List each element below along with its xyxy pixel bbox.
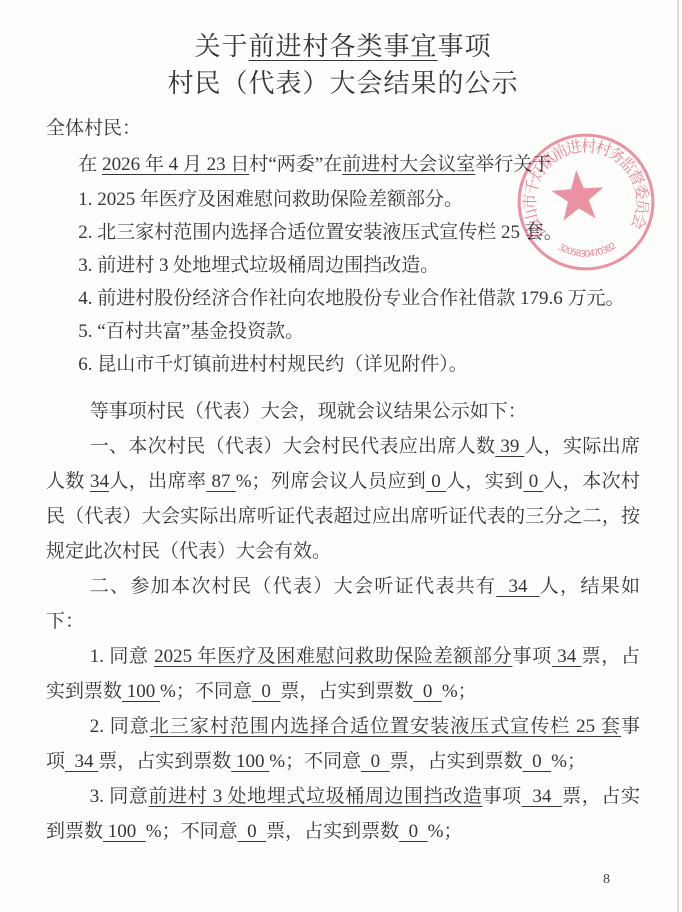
doc-title-line1: 关于前进村各类事宜事项 — [46, 28, 640, 65]
text-segment: 全体村民： — [46, 118, 141, 139]
text-segment: 票，占实到票数 — [98, 751, 231, 772]
text-segment: %； — [442, 681, 477, 702]
scanned-notice-page: 关于前进村各类事宜事项 村民（代表）大会结果的公示 全体村民： 在 2026 年… — [0, 0, 682, 912]
text-segment: 事项 — [438, 32, 492, 61]
filled-blank: 34 — [90, 471, 109, 492]
salutation: 全体村民： — [46, 111, 640, 147]
attendance-paragraph: 一、本次村民（代表）大会村民代表应出席人数 39 人，实际出席人数 34人，出席… — [46, 429, 640, 569]
filled-blank: 0 — [399, 821, 428, 842]
text-segment: 事项 — [482, 786, 521, 807]
text-segment: 2. 北三家村范围内选择合适位置安装液压式宣传栏 25 套。 — [78, 222, 563, 243]
agenda-item-2: 2. 北三家村范围内选择合适位置安装液压式宣传栏 25 套。 — [46, 216, 640, 249]
filled-blank: 100 — [122, 681, 160, 702]
text-segment: 人，实到 — [446, 471, 524, 492]
filled-blank: 0 — [252, 681, 281, 702]
text-segment: %；不同意 — [269, 751, 361, 772]
filled-blank: 2026 年 4 月 23 日 — [102, 154, 249, 175]
text-segment: 在 — [78, 154, 102, 175]
hearing-count-paragraph: 二、参加本次村民（代表）大会听证代表共有 34 人，结果如下： — [46, 569, 640, 639]
text-segment: 3. 同意 — [90, 786, 149, 807]
text-segment: 事项 — [512, 646, 551, 667]
agenda-item-1: 1. 2025 年医疗及困难慰问救助保险差额部分。 — [46, 183, 640, 216]
text-segment: 3. 前进村 3 处地埋式垃圾桶周边围挡改造。 — [78, 255, 439, 276]
text-segment: 票，占实到票数 — [280, 681, 413, 702]
filled-blank: 87 — [206, 471, 235, 492]
text-segment: 2. 同意 — [90, 716, 150, 737]
text-segment: %；不同意 — [146, 821, 238, 842]
filled-blank: 前进村各类事宜 — [248, 32, 437, 61]
filled-blank: 34 — [65, 751, 98, 772]
document-body: 关于前进村各类事宜事项 村民（代表）大会结果的公示 全体村民： 在 2026 年… — [46, 28, 640, 849]
text-segment: 村民（代表）大会结果的公示 — [167, 69, 518, 98]
doc-title-line2: 村民（代表）大会结果的公示 — [46, 65, 640, 102]
filled-blank: 前进村大会议室 — [342, 154, 475, 175]
vote-result-2: 2. 同意北三家村范围内选择合适位置安装液压式宣传栏 25 套事项 34 票，占… — [46, 709, 640, 779]
agenda-item-5: 5. “百村共富”基金投资款。 — [46, 315, 640, 348]
filled-blank: 100 — [231, 751, 269, 772]
filled-blank: 2025 年医疗及困难慰问救助保险差额部分 — [154, 646, 512, 667]
text-segment: %； — [551, 751, 586, 772]
filled-blank: 34 — [522, 786, 562, 807]
filled-blank: 34 — [496, 576, 539, 597]
agenda-item-6: 6. 昆山市千灯镇前进村村规民约（详见附件）。 — [46, 348, 640, 381]
text-segment: 票，占实到票数 — [390, 751, 523, 772]
text-segment: %；列席会议人员应到 — [236, 471, 426, 492]
text-segment: 5. “百村共富”基金投资款。 — [78, 321, 304, 342]
scan-page-edge — [677, 0, 679, 912]
text-segment: 4. 前进村股份经济合作社向农地股份专业合作社借款 179.6 万元。 — [78, 288, 624, 309]
filled-blank: 34 — [552, 646, 582, 667]
filled-blank: 0 — [523, 751, 552, 772]
filled-blank: 39 — [495, 436, 524, 457]
filled-blank: 0 — [426, 471, 446, 492]
filled-blank: 0 — [238, 821, 267, 842]
agenda-item-4: 4. 前进村股份经济合作社向农地股份专业合作社借款 179.6 万元。 — [46, 282, 640, 315]
filled-blank: 前进村 3 处地埋式垃圾桶周边围挡改造 — [149, 786, 483, 807]
text-segment: 1. 2025 年医疗及困难慰问救助保险差额部分。 — [78, 189, 463, 210]
filled-blank: 北三家村范围内选择合适位置安装液压式宣传栏 25 套 — [150, 716, 621, 737]
text-segment: 票，占实到票数 — [266, 821, 399, 842]
text-segment: %；不同意 — [160, 681, 252, 702]
agenda-item-3: 3. 前进村 3 处地埋式垃圾桶周边围挡改造。 — [46, 249, 640, 282]
text-segment: 6. 昆山市千灯镇前进村村规民约（详见附件）。 — [78, 354, 468, 375]
filled-blank: 0 — [413, 681, 442, 702]
text-segment: 关于 — [194, 32, 248, 61]
vote-result-1: 1. 同意 2025 年医疗及困难慰问救助保险差额部分事项 34 票，占实到票数… — [46, 639, 640, 709]
page-number: 8 — [603, 872, 610, 888]
text-segment: 人，出席率 — [109, 471, 206, 492]
filled-blank: 0 — [361, 751, 390, 772]
filled-blank: 0 — [524, 471, 544, 492]
intro-paragraph: 在 2026 年 4 月 23 日村“两委”在前进村大会议室举行关于 — [46, 147, 640, 183]
text-segment: 1. 同意 — [90, 646, 154, 667]
text-segment: 等事项村民（代表）大会，现就会议结果公示如下： — [90, 401, 527, 422]
text-segment: 村“两委”在 — [249, 154, 342, 175]
vote-result-3: 3. 同意前进村 3 处地埋式垃圾桶周边围挡改造事项 34 票，占实到票数 10… — [46, 779, 640, 849]
results-intro-paragraph: 等事项村民（代表）大会，现就会议结果公示如下： — [46, 394, 640, 429]
text-segment: 一、本次村民（代表）大会村民代表应出席人数 — [90, 436, 496, 457]
text-segment: %； — [428, 821, 463, 842]
text-segment: 举行关于 — [475, 154, 551, 175]
text-segment: 二、参加本次村民（代表）大会听证代表共有 — [90, 576, 497, 597]
filled-blank: 100 — [103, 821, 146, 842]
